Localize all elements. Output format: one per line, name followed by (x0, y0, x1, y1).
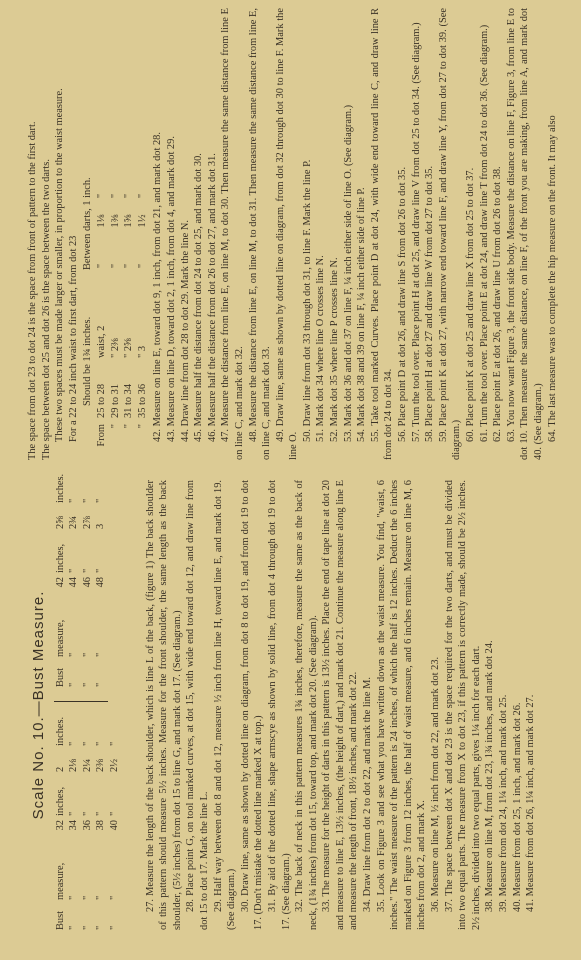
step-text: Place point H at dot 27 and draw line W … (424, 166, 435, 427)
step-text: Mark dot 35 where line P crosses line N. (329, 257, 340, 426)
scale-cell-bust: 40 (108, 816, 122, 842)
step-number: 34. (362, 899, 373, 912)
step-number: 48. (248, 429, 259, 442)
scale-row: ""38"2⅜" (94, 702, 108, 930)
dart-cell-prefix: " (136, 424, 150, 460)
step-number: 51. (315, 429, 326, 442)
dart-table-header: Should be 1¾ inches.Between darts, 1 inc… (81, 8, 95, 460)
scale-cell-unit: " (81, 529, 95, 573)
scale-cell-bust: 36 (81, 816, 95, 842)
dart-cell-between: 1⅜ (109, 206, 123, 236)
scale-table-right: Bustmeasure,42inches,2⅝inches.""44"2¾"""… (54, 459, 108, 702)
step-number: 43. (166, 429, 177, 442)
dart-table-row: "35 to 36" 3"1½" (136, 8, 150, 460)
step-number: 56. (397, 429, 408, 442)
instruction-paragraph: 41. Measure from dot 26, 1¼ inch, and ma… (524, 480, 538, 930)
scale-row: ""46"2⅞" (81, 459, 95, 687)
step-number: 32. (294, 899, 305, 912)
instruction-paragraph: 55. Take tool marked Curves. Place point… (369, 8, 396, 460)
scale-cell-label2: measure, (54, 599, 68, 657)
instruction-paragraph: 36. Measure on line M, ½ inch from dot 2… (429, 480, 443, 930)
instruction-paragraph: 35. Look on Figure 3 and see what you ha… (375, 480, 429, 930)
scale-cell-value: 2¾ (67, 503, 81, 529)
instruction-paragraph: 40. Measure from dot 25, 1 inch, and mar… (511, 480, 525, 930)
scale-cell-label2: " (81, 842, 95, 900)
scale-cell-label2: " (94, 599, 108, 657)
step-text: Draw line from dot 33 through dot 31, to… (302, 160, 313, 427)
instruction-paragraph: 47. Measure the distance from line E, on… (219, 8, 246, 460)
instruction-paragraph: 60. Place point K at dot 25 and draw lin… (464, 8, 478, 460)
scale-cell-label: " (81, 900, 95, 930)
step-text: Place point K at dot 25 and draw line X … (465, 168, 476, 427)
instruction-paragraph: 59. Place point K at dot 27, with narrow… (437, 8, 464, 460)
scale-cell-unit: " (81, 772, 95, 816)
step-number: 52. (329, 429, 340, 442)
page-viewport: Scale No. 10.—Bust Measure. Bustmeasure,… (0, 0, 581, 960)
scale-cell-unit2: " (94, 702, 108, 746)
step-text: Measure on line M, ½ inch from dot 22, a… (430, 657, 441, 897)
dart-cell-label: " 3 (136, 296, 150, 358)
step-text: Measure half the distance from dot 24 to… (193, 153, 204, 426)
intro-line: For a 22 to 24 inch waist to first dart,… (67, 8, 81, 460)
instruction-paragraph: 39. Measure from dot 24, 1¼ inch, and ma… (497, 480, 511, 930)
dart-cell-unit: " (109, 236, 123, 296)
scale-row: ""34"2⅛" (67, 702, 81, 930)
bust-measure-scale-table: Bustmeasure,32inches,2inches.""34"2⅛"""3… (54, 480, 122, 930)
instruction-paragraph: 37. The space between dot X and dot 23 i… (443, 480, 484, 930)
scale-cell-unit2: inches. (54, 459, 68, 503)
scale-cell-unit2: inches. (54, 702, 68, 746)
step-text: Measure on line E, toward dot 9, 1 inch,… (152, 132, 163, 426)
dart-cell-label: " 2⅜ (109, 296, 123, 358)
dart-cell-range: 31 to 34 (122, 358, 136, 424)
step-text: By aid of the dotted line, shape armscye… (267, 480, 292, 930)
instruction-paragraph: 49. Draw line, same as shown by dotted l… (274, 8, 301, 460)
step-text: Place point D at dot 26, and draw line S… (397, 167, 408, 426)
step-text: Measure on line D, toward dot 2, 1 inch,… (166, 136, 177, 426)
step-text: Measure the length of the back shoulder,… (145, 480, 183, 930)
instruction-paragraph: 34. Draw line from dot 2 to dot 22, and … (361, 480, 375, 930)
scale-cell-label: Bust (54, 900, 68, 930)
scale-cell-label2: " (67, 842, 81, 900)
dart-cell-range: 35 to 36 (136, 358, 150, 424)
step-text: Place point E at dot 26, and draw line U… (492, 166, 503, 426)
dart-cell-label: waist, 2 (95, 296, 109, 358)
step-text: Take tool marked Curves. Place point D a… (370, 8, 395, 460)
instruction-paragraph: 31. By aid of the dotted line, shape arm… (266, 480, 293, 930)
step-text: Measure half the distance from dot 26 to… (207, 153, 218, 426)
scale-cell-bust: 44 (67, 573, 81, 599)
step-text: The measure for the height of darts in t… (321, 480, 359, 930)
step-number: 59. (438, 429, 449, 442)
scale-cell-label: " (94, 657, 108, 687)
scale-cell-bust: 46 (81, 573, 95, 599)
step-text: Draw line from dot 2 to dot 22, and mark… (362, 677, 373, 896)
left-instructions: 27. Measure the length of the back shoul… (144, 480, 538, 930)
scale-cell-label2: " (81, 599, 95, 657)
instruction-paragraph: 43. Measure on line D, toward dot 2, 1 i… (165, 8, 179, 460)
book-page: Scale No. 10.—Bust Measure. Bustmeasure,… (0, 0, 581, 960)
scale-cell-unit: inches, (54, 529, 68, 573)
scale-cell-value: 3 (94, 503, 108, 529)
scale-cell-value: 2⅝ (54, 503, 68, 529)
scale-cell-label2: " (108, 842, 122, 900)
scale-cell-value: 2½ (108, 746, 122, 772)
step-text: The last measure was to complete the hip… (547, 115, 558, 426)
scale-cell-unit: " (94, 772, 108, 816)
dart-cell-prefix: " (109, 424, 123, 460)
instruction-paragraph: 45. Measure half the distance from dot 2… (192, 8, 206, 460)
step-number: 29. (213, 899, 224, 912)
step-text: Mark dot 38 and 39 on line F, ¼ inch eit… (356, 187, 367, 426)
page-title: Scale No. 10.—Bust Measure. (32, 480, 46, 930)
step-text: Turn the tool over. Place point E at dot… (479, 25, 490, 427)
step-number: 57. (411, 429, 422, 442)
scale-cell-label: " (67, 657, 81, 687)
step-number: 36. (430, 899, 441, 912)
intro-line: The space between dot 25 and dot 26 is t… (40, 8, 54, 460)
scale-row: Bustmeasure,42inches,2⅝inches. (54, 459, 68, 687)
scale-cell-label: " (108, 900, 122, 930)
instruction-paragraph: 33. The measure for the height of darts … (320, 480, 361, 930)
scale-cell-bust: 42 (54, 573, 68, 599)
scale-cell-bust: 38 (94, 816, 108, 842)
scale-table-left: Bustmeasure,32inches,2inches.""34"2⅛"""3… (54, 702, 122, 930)
instruction-paragraph: 51. Mark dot 34 where line O crosses lin… (314, 8, 328, 460)
dart-cell-unit: " (95, 236, 109, 296)
scale-cell-label: " (81, 657, 95, 687)
step-text: Mark dot 34 where line O crosses line N. (315, 255, 326, 426)
instruction-paragraph: 48. Measure the distance from line E, on… (247, 8, 274, 460)
scale-cell-value: 2⅞ (81, 503, 95, 529)
scale-cell-unit: " (67, 772, 81, 816)
step-text: Draw line from dot 28 to dot 29. Mark th… (180, 220, 191, 426)
instruction-paragraph: 27. Measure the length of the back shoul… (144, 480, 185, 930)
scale-cell-label2: " (94, 842, 108, 900)
scale-cell-unit: " (94, 529, 108, 573)
scale-cell-label: " (94, 900, 108, 930)
step-number: 35. (376, 899, 387, 912)
scale-row: ""48"3" (94, 459, 108, 687)
step-number: 44. (180, 429, 191, 442)
scale-cell-value: 2 (54, 746, 68, 772)
step-number: 33. (321, 899, 332, 912)
scale-cell-value: 2¼ (81, 746, 95, 772)
step-number: 42. (152, 429, 163, 442)
step-number: 60. (465, 429, 476, 442)
step-number: 41. (525, 899, 536, 912)
step-number: 38. (484, 899, 495, 912)
step-text: The back of neck in this pattern measure… (294, 480, 319, 930)
step-text: Draw line, same as shown by dotted line … (275, 8, 300, 460)
step-number: 45. (193, 429, 204, 442)
instruction-paragraph: 61. Turn the tool over. Place point E at… (478, 8, 492, 460)
step-number: 64. (547, 429, 558, 442)
intro-line: The space from dot 23 to dot 24 is the s… (26, 8, 40, 460)
dart-table-between: Between darts, 1 inch. (81, 177, 95, 270)
step-number: 53. (343, 429, 354, 442)
dart-cell-unit: " (136, 236, 150, 296)
dart-cell-label: " 2⅝ (122, 296, 136, 358)
dart-table-row: "29 to 31" 2⅜"1⅜" (109, 8, 123, 460)
right-instructions: 42. Measure on line E, toward dot 9, 1 i… (151, 8, 559, 460)
instruction-paragraph: 63. You now want Figure 3, the front sid… (505, 8, 546, 460)
instruction-paragraph: 30. Draw line, same as shown by dotted l… (239, 480, 266, 930)
scale-cell-label: Bust (54, 657, 68, 687)
instruction-paragraph: 42. Measure on line E, toward dot 9, 1 i… (151, 8, 165, 460)
step-text: Turn the tool over. Place point H at dot… (411, 22, 422, 426)
step-number: 55. (370, 429, 381, 442)
dart-cell-unit2: " (122, 186, 136, 206)
scale-cell-bust: 48 (94, 573, 108, 599)
step-text: You now want Figure 3, the front side bo… (506, 8, 544, 460)
instruction-paragraph: 54. Mark dot 38 and 39 on line F, ¼ inch… (355, 8, 369, 460)
dart-cell-unit2: " (136, 186, 150, 206)
instruction-paragraph: 57. Turn the tool over. Place point H at… (410, 8, 424, 460)
dart-spacing-table: Should be 1¾ inches.Between darts, 1 inc… (81, 8, 149, 460)
scale-cell-label2: " (67, 599, 81, 657)
step-text: Measure on line M, from dot 23, 1¾ inche… (484, 640, 495, 896)
scale-cell-unit: " (108, 772, 122, 816)
instruction-paragraph: 50. Draw line from dot 33 through dot 31… (301, 8, 315, 460)
step-text: Half way between dot 8 and dot 12, measu… (213, 480, 238, 930)
dart-cell-unit2: " (109, 186, 123, 206)
step-number: 27. (145, 899, 156, 912)
right-intro: The space from dot 23 to dot 24 is the s… (26, 8, 80, 460)
scale-cell-unit2: " (67, 459, 81, 503)
step-number: 39. (498, 899, 509, 912)
step-text: Measure from dot 25, 1 inch, and mark do… (512, 702, 523, 896)
right-column: The space from dot 23 to dot 24 is the s… (26, 8, 559, 460)
scale-cell-bust: 34 (67, 816, 81, 842)
dart-cell-range: 29 to 31 (109, 358, 123, 424)
instruction-paragraph: 28. Place point G, on tool marked curves… (184, 480, 211, 930)
scale-cell-value: 2⅛ (67, 746, 81, 772)
scale-cell-label: " (67, 900, 81, 930)
step-text: Measure from dot 26, 1¼ inch, and mark d… (525, 695, 536, 897)
step-text: Place point G, on tool marked curves, at… (185, 480, 210, 930)
step-number: 63. (506, 429, 517, 442)
scale-cell-label2: measure, (54, 842, 68, 900)
step-number: 61. (479, 429, 490, 442)
step-text: Draw line, same as shown by dotted line … (240, 480, 265, 930)
step-text: Look on Figure 3 and see what you have w… (376, 480, 428, 930)
scale-cell-unit2: " (67, 702, 81, 746)
step-text: Measure the distance from line E, on lin… (220, 8, 245, 460)
scale-cell-unit: " (67, 529, 81, 573)
step-number: 58. (424, 429, 435, 442)
scale-row: Bustmeasure,32inches,2inches. (54, 702, 68, 930)
step-number: 54. (356, 429, 367, 442)
dart-cell-between: 1⅝ (122, 206, 136, 236)
step-number: 47. (220, 429, 231, 442)
instruction-paragraph: 56. Place point D at dot 26, and draw li… (396, 8, 410, 460)
step-number: 31. (267, 899, 278, 912)
dart-table-row: "31 to 34" 2⅝"1⅝" (122, 8, 136, 460)
dart-cell-between: 1⅛ (95, 206, 109, 236)
dart-cell-range: 25 to 28 (95, 358, 109, 424)
scale-cell-unit2: " (81, 702, 95, 746)
step-text: Measure the distance from line E, on lin… (248, 8, 273, 460)
scale-row: ""44"2¾" (67, 459, 81, 687)
scale-row: ""36"2¼" (81, 702, 95, 930)
instruction-paragraph: 62. Place point E at dot 26, and draw li… (491, 8, 505, 460)
step-number: 62. (492, 429, 503, 442)
scale-cell-value: 2⅜ (94, 746, 108, 772)
scale-cell-unit: inches, (54, 772, 68, 816)
dart-cell-between: 1½ (136, 206, 150, 236)
step-number: 28. (185, 899, 196, 912)
instruction-paragraph: 38. Measure on line M, from dot 23, 1¾ i… (483, 480, 497, 930)
step-number: 37. (444, 899, 455, 912)
intro-line: These two spaces must be made larger or … (53, 8, 67, 460)
step-number: 40. (512, 899, 523, 912)
step-text: Place point K at dot 27, with narrow end… (438, 8, 463, 460)
step-text: Mark dot 36 and dot 37 on line F, ¼ inch… (343, 105, 354, 427)
step-number: 50. (302, 429, 313, 442)
instruction-paragraph: 58. Place point H at dot 27 and draw lin… (423, 8, 437, 460)
dart-cell-unit2: " (95, 186, 109, 206)
dart-table-row: From25 to 28waist, 2"1⅛" (95, 8, 109, 460)
instruction-paragraph: 53. Mark dot 36 and dot 37 on line F, ¼ … (342, 8, 356, 460)
instruction-paragraph: 46. Measure half the distance from dot 2… (206, 8, 220, 460)
dart-cell-prefix: From (95, 424, 109, 460)
scale-cell-bust: 32 (54, 816, 68, 842)
step-text: The space between dot X and dot 23 is th… (444, 480, 482, 930)
scale-cell-unit2: " (94, 459, 108, 503)
instruction-paragraph: 32. The back of neck in this pattern mea… (293, 480, 320, 930)
step-text: Measure from dot 24, 1¼ inch, and mark d… (498, 695, 509, 897)
dart-table-lead: Should be 1¾ inches. (81, 276, 95, 406)
instruction-paragraph: 64. The last measure was to complete the… (546, 8, 560, 460)
scale-cell-unit2: " (108, 702, 122, 746)
left-column: Scale No. 10.—Bust Measure. Bustmeasure,… (26, 480, 538, 930)
dart-cell-unit: " (122, 236, 136, 296)
scale-cell-unit2: " (81, 459, 95, 503)
instruction-paragraph: 29. Half way between dot 8 and dot 12, m… (212, 480, 239, 930)
step-number: 46. (207, 429, 218, 442)
step-number: 49. (275, 429, 286, 442)
instruction-paragraph: 52. Mark dot 35 where line P crosses lin… (328, 8, 342, 460)
step-number: 30. (240, 899, 251, 912)
dart-cell-prefix: " (122, 424, 136, 460)
scale-row: ""40"2½" (108, 702, 122, 930)
instruction-paragraph: 44. Draw line from dot 28 to dot 29. Mar… (179, 8, 193, 460)
